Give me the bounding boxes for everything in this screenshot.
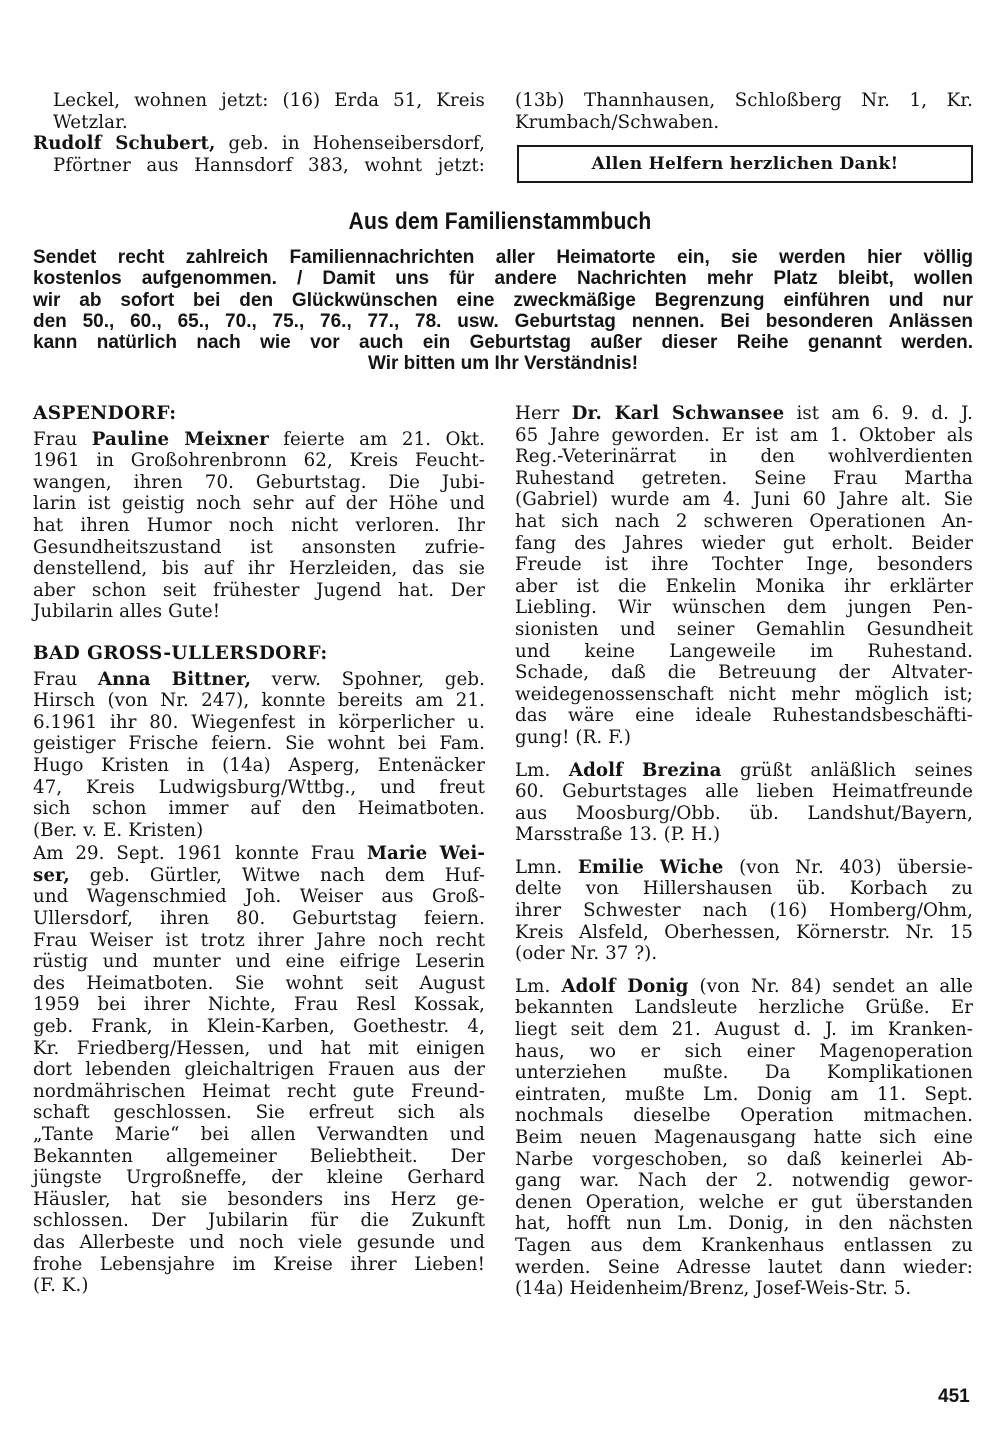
- text-run: (F. K.): [33, 1275, 89, 1296]
- text-run: hat sich nach 2 schweren Operationen An-: [515, 511, 973, 532]
- text-run: wangen, ihren 70. Geburtstag. Die Jubi-: [33, 472, 485, 493]
- text-line: liegt seit dem 21. August d. J. im Krank…: [515, 1019, 973, 1041]
- text-line: gang war. Nach der 2. notwendig gewor-: [515, 1170, 973, 1192]
- text-run: frohe Lebensjahre im Kreise ihrer Lieben…: [33, 1254, 485, 1275]
- text-run: 1961 in Großohrenbronn 62, Kreis Feucht-: [33, 450, 485, 471]
- text-line: „Tante Marie“ bei allen Verwandten und: [33, 1124, 485, 1146]
- text-line: das wäre eine ideale Ruhestandsbeschäfti…: [515, 705, 973, 727]
- text-line: Schade, daß die Betreuung der Altvater-: [515, 662, 973, 684]
- text-line: Leckel, wohnen jetzt: (16) Erda 51, Krei…: [33, 90, 485, 112]
- top-continuation-right: (13b) Thannhausen, Schloßberg Nr. 1, Kr.…: [515, 90, 973, 133]
- text-run: Frau: [33, 429, 92, 450]
- text-line: hat ihren Humor noch nicht verloren. Ihr: [33, 515, 485, 537]
- text-line: Tagen aus dem Krankenhaus entlassen zu: [515, 1235, 973, 1257]
- text-run: hat, hofft nun Lm. Donig, in den nächste…: [515, 1213, 973, 1234]
- text-run: Leckel, wohnen jetzt: (16) Erda 51, Krei…: [53, 90, 485, 111]
- text-line: jüngste Urgroßneffe, der kleine Gerhard: [33, 1167, 485, 1189]
- text-line: eintraten, mußte Lm. Donig am 11. Sept.: [515, 1084, 973, 1106]
- bold-name: Anna Bittner,: [98, 669, 251, 690]
- bold-name: Pauline Meixner: [92, 429, 269, 450]
- text-line: Beim neuen Magenausgang hatte sich eine: [515, 1127, 973, 1149]
- text-line: delte von Hillershausen üb. Korbach zu: [515, 878, 973, 900]
- bold-name: Rudolf Schubert,: [33, 133, 215, 154]
- text-line: 1959 bei ihrer Nichte, Frau Resl Kossak,: [33, 994, 485, 1016]
- text-line: das Allerbeste und noch viele gesunde un…: [33, 1232, 485, 1254]
- text-run: delte von Hillershausen üb. Korbach zu: [515, 878, 973, 899]
- text-run: das Allerbeste und noch viele gesunde un…: [33, 1232, 485, 1253]
- text-line: wangen, ihren 70. Geburtstag. Die Jubi-: [33, 472, 485, 494]
- text-line: aber ist die Enkelin Monika ihr erklärte…: [515, 576, 973, 598]
- text-run: geb. Gürtler, Witwe nach dem Huf-: [70, 865, 485, 886]
- text-run: Liebling. Wir wünschen dem jungen Pen-: [515, 597, 973, 618]
- text-line: 47, Kreis Ludwigsburg/Wttbg., und freut: [33, 777, 485, 799]
- text-line: bekannten Landsleute herzliche Grüße. Er: [515, 997, 973, 1019]
- text-run: Lmn.: [515, 857, 578, 878]
- intro-line: Wir bitten um Ihr Verständnis!: [33, 353, 973, 374]
- page-number: 451: [938, 1386, 970, 1408]
- text-run: grüßt anläßlich seines: [722, 760, 973, 781]
- text-run: Am 29. Sept. 1961 konnte Frau: [33, 843, 367, 864]
- text-line: Bekannten allgemeiner Beliebtheit. Der: [33, 1146, 485, 1168]
- text-line: werden. Seine Adresse lautet dann wieder…: [515, 1257, 973, 1279]
- text-run: das wäre eine ideale Ruhestandsbeschäfti…: [515, 705, 973, 726]
- place-heading: ASPENDORF:: [33, 403, 485, 425]
- text-run: werden. Seine Adresse lautet dann wieder…: [515, 1257, 973, 1278]
- text-line: (Gabriel) wurde am 4. Juni 60 Jahre alt.…: [515, 489, 973, 511]
- text-run: aber ist die Enkelin Monika ihr erklärte…: [515, 576, 973, 597]
- text-run: denstellend, bis auf ihr Herzleiden, das…: [33, 558, 485, 579]
- text-run: Tagen aus dem Krankenhaus entlassen zu: [515, 1235, 973, 1256]
- text-run: unterziehen mußte. Da Komplikationen: [515, 1062, 973, 1083]
- text-run: eintraten, mußte Lm. Donig am 11. Sept.: [515, 1084, 973, 1105]
- text-run: 65 Jahre geworden. Er ist am 1. Oktober …: [515, 425, 973, 446]
- text-run: gung! (R. F.): [515, 727, 631, 748]
- text-line: rüstig und munter und eine eifrige Leser…: [33, 951, 485, 973]
- bold-name: ser,: [33, 865, 70, 886]
- text-run: Hugo Kristen in (14a) Asperg, Entenäcker: [33, 755, 485, 776]
- text-line: Frau Weiser ist trotz ihrer Jahre noch r…: [33, 930, 485, 952]
- text-line: Hugo Kristen in (14a) Asperg, Entenäcker: [33, 755, 485, 777]
- text-run: feierte am 21. Okt.: [269, 429, 485, 450]
- text-line: aber schon seit frühester Jugend hat. De…: [33, 580, 485, 602]
- text-line: unterziehen mußte. Da Komplikationen: [515, 1062, 973, 1084]
- text-run: Frau Weiser ist trotz ihrer Jahre noch r…: [33, 930, 485, 951]
- text-run: geb. Frank, in Klein-Karben, Goethestr. …: [33, 1016, 485, 1037]
- text-line: Kreis Alsfeld, Oberhessen, Körnerstr. Nr…: [515, 922, 973, 944]
- text-line: Ullersdorf, ihren 80. Geburtstag feiern.: [33, 908, 485, 930]
- intro-line: kann natürlich nach wie vor auch ein Geb…: [33, 332, 973, 353]
- intro-line: den 50., 60., 65., 70., 75., 76., 77., 7…: [33, 311, 973, 332]
- news-entry: Lm. Adolf Donig (von Nr. 84) sendet an a…: [515, 976, 973, 1300]
- text-line: geistiger Frische feiern. Sie wohnt bei …: [33, 733, 485, 755]
- text-line: Lm. Adolf Donig (von Nr. 84) sendet an a…: [515, 976, 973, 998]
- text-line: Reg.-Veterinärrat in den wohlverdienten: [515, 446, 973, 468]
- text-run: weidegenossenschaft nicht mehr möglich i…: [515, 684, 973, 705]
- thanks-text: Allen Helfern herzlichen Dank!: [592, 154, 899, 174]
- text-run: 1959 bei ihrer Nichte, Frau Resl Kossak,: [33, 994, 485, 1015]
- text-line: Am 29. Sept. 1961 konnte Frau Marie Wei-: [33, 843, 485, 865]
- text-line: Liebling. Wir wünschen dem jungen Pen-: [515, 597, 973, 619]
- text-line: Wetzlar.: [33, 112, 485, 134]
- text-line: Lm. Adolf Brezina grüßt anläßlich seines: [515, 760, 973, 782]
- text-run: fang des Jahres wieder gut erholt. Beide…: [515, 533, 973, 554]
- text-line: Ruhestand getreten. Seine Frau Martha: [515, 468, 973, 490]
- text-line: denstellend, bis auf ihr Herzleiden, das…: [33, 558, 485, 580]
- text-run: Kreis Alsfeld, Oberhessen, Körnerstr. Nr…: [515, 922, 973, 943]
- text-run: Hirsch (von Nr. 247), konnte bereits am …: [33, 690, 485, 711]
- text-run: Ruhestand getreten. Seine Frau Martha: [515, 468, 973, 489]
- text-line: Marsstraße 13. (P. H.): [515, 824, 973, 846]
- text-run: (13b) Thannhausen, Schloßberg Nr. 1, Kr.: [515, 90, 973, 111]
- text-run: Freude ist ihre Tochter Inge, besonders: [515, 554, 973, 575]
- text-line: ser, geb. Gürtler, Witwe nach dem Huf-: [33, 865, 485, 887]
- text-line: geb. Frank, in Klein-Karben, Goethestr. …: [33, 1016, 485, 1038]
- text-line: Frau Pauline Meixner feierte am 21. Okt.: [33, 429, 485, 451]
- news-entry: Frau Anna Bittner, verw. Spohner, geb.Hi…: [33, 669, 485, 842]
- text-run: Jubilarin alles Gute!: [33, 601, 220, 622]
- text-run: gang war. Nach der 2. notwendig gewor-: [515, 1170, 973, 1191]
- intro-line: Sendet recht zahlreich Familiennachricht…: [33, 247, 973, 268]
- text-line: 60. Geburtstages alle lieben Heimatfreun…: [515, 781, 973, 803]
- text-run: Frau: [33, 669, 98, 690]
- text-run: Beim neuen Magenausgang hatte sich eine: [515, 1127, 973, 1148]
- text-line: (Ber. v. E. Kristen): [33, 820, 485, 842]
- text-run: (oder Nr. 37 ?).: [515, 943, 657, 964]
- thanks-box: Allen Helfern herzlichen Dank!: [517, 145, 973, 183]
- text-run: „Tante Marie“ bei allen Verwandten und: [33, 1124, 485, 1145]
- text-line: Frau Anna Bittner, verw. Spohner, geb.: [33, 669, 485, 691]
- news-entry: Am 29. Sept. 1961 konnte Frau Marie Wei-…: [33, 843, 485, 1296]
- text-run: jüngste Urgroßneffe, der kleine Gerhard: [33, 1167, 485, 1188]
- text-run: (14a) Heidenheim/Brenz, Josef-Weis-Str. …: [515, 1278, 911, 1299]
- text-line: Häusler, hat sie besonders ins Herz ge-: [33, 1189, 485, 1211]
- text-line: fang des Jahres wieder gut erholt. Beide…: [515, 533, 973, 555]
- text-line: (F. K.): [33, 1275, 485, 1297]
- top-continuation-left: Leckel, wohnen jetzt: (16) Erda 51, Krei…: [33, 90, 485, 176]
- text-line: (oder Nr. 37 ?).: [515, 943, 973, 965]
- text-line: hat, hofft nun Lm. Donig, in den nächste…: [515, 1213, 973, 1235]
- text-line: Kr. Friedberg/Hessen, und hat mit einige…: [33, 1038, 485, 1060]
- text-line: 65 Jahre geworden. Er ist am 1. Oktober …: [515, 425, 973, 447]
- text-line: und keine Langeweile im Ruhestand.: [515, 641, 973, 663]
- text-line: Narbe vorgeschoben, so daß keinerlei Ab-: [515, 1149, 973, 1171]
- text-run: des Heimatboten. Sie wohnt seit August: [33, 973, 485, 994]
- text-run: Lm.: [515, 976, 561, 997]
- text-run: liegt seit dem 21. August d. J. im Krank…: [515, 1019, 973, 1040]
- text-run: Wetzlar.: [53, 112, 128, 133]
- text-line: haus, wo er sich einer Magenoperation: [515, 1041, 973, 1063]
- text-line: nordmährischen Heimat recht gute Freund-: [33, 1081, 485, 1103]
- text-line: denen Operation, welche er gut überstand…: [515, 1192, 973, 1214]
- text-run: sionisten und seiner Gemahlin Gesundheit: [515, 619, 973, 640]
- text-run: geb. in Hohenseibersdorf,: [215, 133, 485, 154]
- text-run: (Gabriel) wurde am 4. Juni 60 Jahre alt.…: [515, 489, 973, 510]
- text-run: aber schon seit frühester Jugend hat. De…: [33, 580, 485, 601]
- news-entry: Frau Pauline Meixner feierte am 21. Okt.…: [33, 429, 485, 623]
- text-run: Häusler, hat sie besonders ins Herz ge-: [33, 1189, 485, 1210]
- text-line: des Heimatboten. Sie wohnt seit August: [33, 973, 485, 995]
- text-run: geistiger Frische feiern. Sie wohnt bei …: [33, 733, 485, 754]
- text-run: 6.1961 ihr 80. Wiegenfest in körperliche…: [33, 712, 485, 733]
- text-run: Schade, daß die Betreuung der Altvater-: [515, 662, 973, 683]
- place-heading: BAD GROSS-ULLERSDORF:: [33, 643, 485, 665]
- text-run: hat ihren Humor noch nicht verloren. Ihr: [33, 515, 485, 536]
- text-line: Krumbach/Schwaben.: [515, 112, 973, 134]
- text-run: nordmährischen Heimat recht gute Freund-: [33, 1081, 485, 1102]
- left-column: ASPENDORF:Frau Pauline Meixner feierte a…: [33, 403, 485, 1308]
- text-run: 47, Kreis Ludwigsburg/Wttbg., und freut: [33, 777, 485, 798]
- text-run: Narbe vorgeschoben, so daß keinerlei Ab-: [515, 1149, 973, 1170]
- text-run: ihrer Schwester nach (16) Homberg/Ohm,: [515, 900, 973, 921]
- text-run: Bekannten allgemeiner Beliebtheit. Der: [33, 1146, 485, 1167]
- text-run: (Ber. v. E. Kristen): [33, 820, 203, 841]
- text-run: nochmals dieselbe Operation mitmachen.: [515, 1105, 973, 1126]
- bold-name: Emilie Wiche: [578, 857, 724, 878]
- text-run: Kr. Friedberg/Hessen, und hat mit einige…: [33, 1038, 485, 1059]
- intro-line: wir ab sofort bei den Glückwünschen eine…: [33, 290, 973, 311]
- section-title: Aus dem Familienstammbuch: [70, 208, 930, 236]
- text-run: haus, wo er sich einer Magenoperation: [515, 1041, 973, 1062]
- text-line: Lmn. Emilie Wiche (von Nr. 403) übersie-: [515, 857, 973, 879]
- text-line: larin ist geistig noch sehr auf der Höhe…: [33, 493, 485, 515]
- text-line: 6.1961 ihr 80. Wiegenfest in körperliche…: [33, 712, 485, 734]
- news-entry: Lmn. Emilie Wiche (von Nr. 403) übersie-…: [515, 857, 973, 965]
- text-line: weidegenossenschaft nicht mehr möglich i…: [515, 684, 973, 706]
- document-page: Leckel, wohnen jetzt: (16) Erda 51, Krei…: [0, 0, 1000, 1432]
- text-line: dort lebenden gleichaltrigen Frauen aus …: [33, 1059, 485, 1081]
- text-line: schaft geschlossen. Sie erfreut sich als: [33, 1102, 485, 1124]
- text-line: Pförtner aus Hannsdorf 383, wohnt jetzt:: [33, 155, 485, 177]
- text-line: hat sich nach 2 schweren Operationen An-: [515, 511, 973, 533]
- text-run: schaft geschlossen. Sie erfreut sich als: [33, 1102, 485, 1123]
- text-run: Ullersdorf, ihren 80. Geburtstag feiern.: [33, 908, 485, 929]
- news-entry: Lm. Adolf Brezina grüßt anläßlich seines…: [515, 760, 973, 846]
- text-run: Marsstraße 13. (P. H.): [515, 824, 720, 845]
- text-run: aus Moosburg/Obb. üb. Landshut/Bayern,: [515, 803, 973, 824]
- text-line: (13b) Thannhausen, Schloßberg Nr. 1, Kr.: [515, 90, 973, 112]
- text-run: verw. Spohner, geb.: [251, 669, 485, 690]
- text-run: bekannten Landsleute herzliche Grüße. Er: [515, 997, 973, 1018]
- text-run: Krumbach/Schwaben.: [515, 112, 719, 133]
- text-run: Herr: [515, 403, 572, 424]
- text-run: Lm.: [515, 760, 569, 781]
- text-run: Pförtner aus Hannsdorf 383, wohnt jetzt:: [53, 155, 485, 176]
- text-run: Reg.-Veterinärrat in den wohlverdienten: [515, 446, 973, 467]
- text-line: Rudolf Schubert, geb. in Hohenseibersdor…: [33, 133, 485, 155]
- text-run: ist am 6. 9. d. J.: [784, 403, 973, 424]
- text-line: schlossen. Der Jubilarin für die Zukunft: [33, 1210, 485, 1232]
- text-line: aus Moosburg/Obb. üb. Landshut/Bayern,: [515, 803, 973, 825]
- text-line: Freude ist ihre Tochter Inge, besonders: [515, 554, 973, 576]
- text-line: Hirsch (von Nr. 247), konnte bereits am …: [33, 690, 485, 712]
- bold-name: Marie Wei-: [367, 843, 485, 864]
- section-intro: Sendet recht zahlreich Familiennachricht…: [33, 247, 973, 375]
- text-run: und Wagenschmied Joh. Weiser aus Groß-: [33, 886, 485, 907]
- bold-name: Dr. Karl Schwansee: [572, 403, 785, 424]
- text-line: 1961 in Großohrenbronn 62, Kreis Feucht-: [33, 450, 485, 472]
- bold-name: Adolf Brezina: [569, 760, 722, 781]
- text-line: nochmals dieselbe Operation mitmachen.: [515, 1105, 973, 1127]
- text-line: sich schon immer auf den Heimatboten.: [33, 798, 485, 820]
- text-line: Herr Dr. Karl Schwansee ist am 6. 9. d. …: [515, 403, 973, 425]
- text-run: 60. Geburtstages alle lieben Heimatfreun…: [515, 781, 973, 802]
- text-run: rüstig und munter und eine eifrige Leser…: [33, 951, 485, 972]
- text-run: und keine Langeweile im Ruhestand.: [515, 641, 973, 662]
- text-line: sionisten und seiner Gemahlin Gesundheit: [515, 619, 973, 641]
- text-run: dort lebenden gleichaltrigen Frauen aus …: [33, 1059, 485, 1080]
- text-line: ihrer Schwester nach (16) Homberg/Ohm,: [515, 900, 973, 922]
- text-run: larin ist geistig noch sehr auf der Höhe…: [33, 493, 485, 514]
- text-run: sich schon immer auf den Heimatboten.: [33, 798, 485, 819]
- bold-name: Adolf Donig: [561, 976, 688, 997]
- text-run: Gesundheitszustand ist ansonsten zufrie-: [33, 537, 485, 558]
- text-line: Jubilarin alles Gute!: [33, 601, 485, 623]
- text-line: und Wagenschmied Joh. Weiser aus Groß-: [33, 886, 485, 908]
- text-line: gung! (R. F.): [515, 727, 973, 749]
- news-entry: Herr Dr. Karl Schwansee ist am 6. 9. d. …: [515, 403, 973, 749]
- right-column: Herr Dr. Karl Schwansee ist am 6. 9. d. …: [515, 403, 973, 1311]
- text-line: frohe Lebensjahre im Kreise ihrer Lieben…: [33, 1254, 485, 1276]
- text-run: schlossen. Der Jubilarin für die Zukunft: [33, 1210, 485, 1231]
- text-run: denen Operation, welche er gut überstand…: [515, 1192, 973, 1213]
- text-run: (von Nr. 403) übersie-: [723, 857, 973, 878]
- text-line: Gesundheitszustand ist ansonsten zufrie-: [33, 537, 485, 559]
- text-run: (von Nr. 84) sendet an alle: [689, 976, 973, 997]
- intro-line: kostenlos aufgenommen. / Damit uns für a…: [33, 268, 973, 289]
- text-line: (14a) Heidenheim/Brenz, Josef-Weis-Str. …: [515, 1278, 973, 1300]
